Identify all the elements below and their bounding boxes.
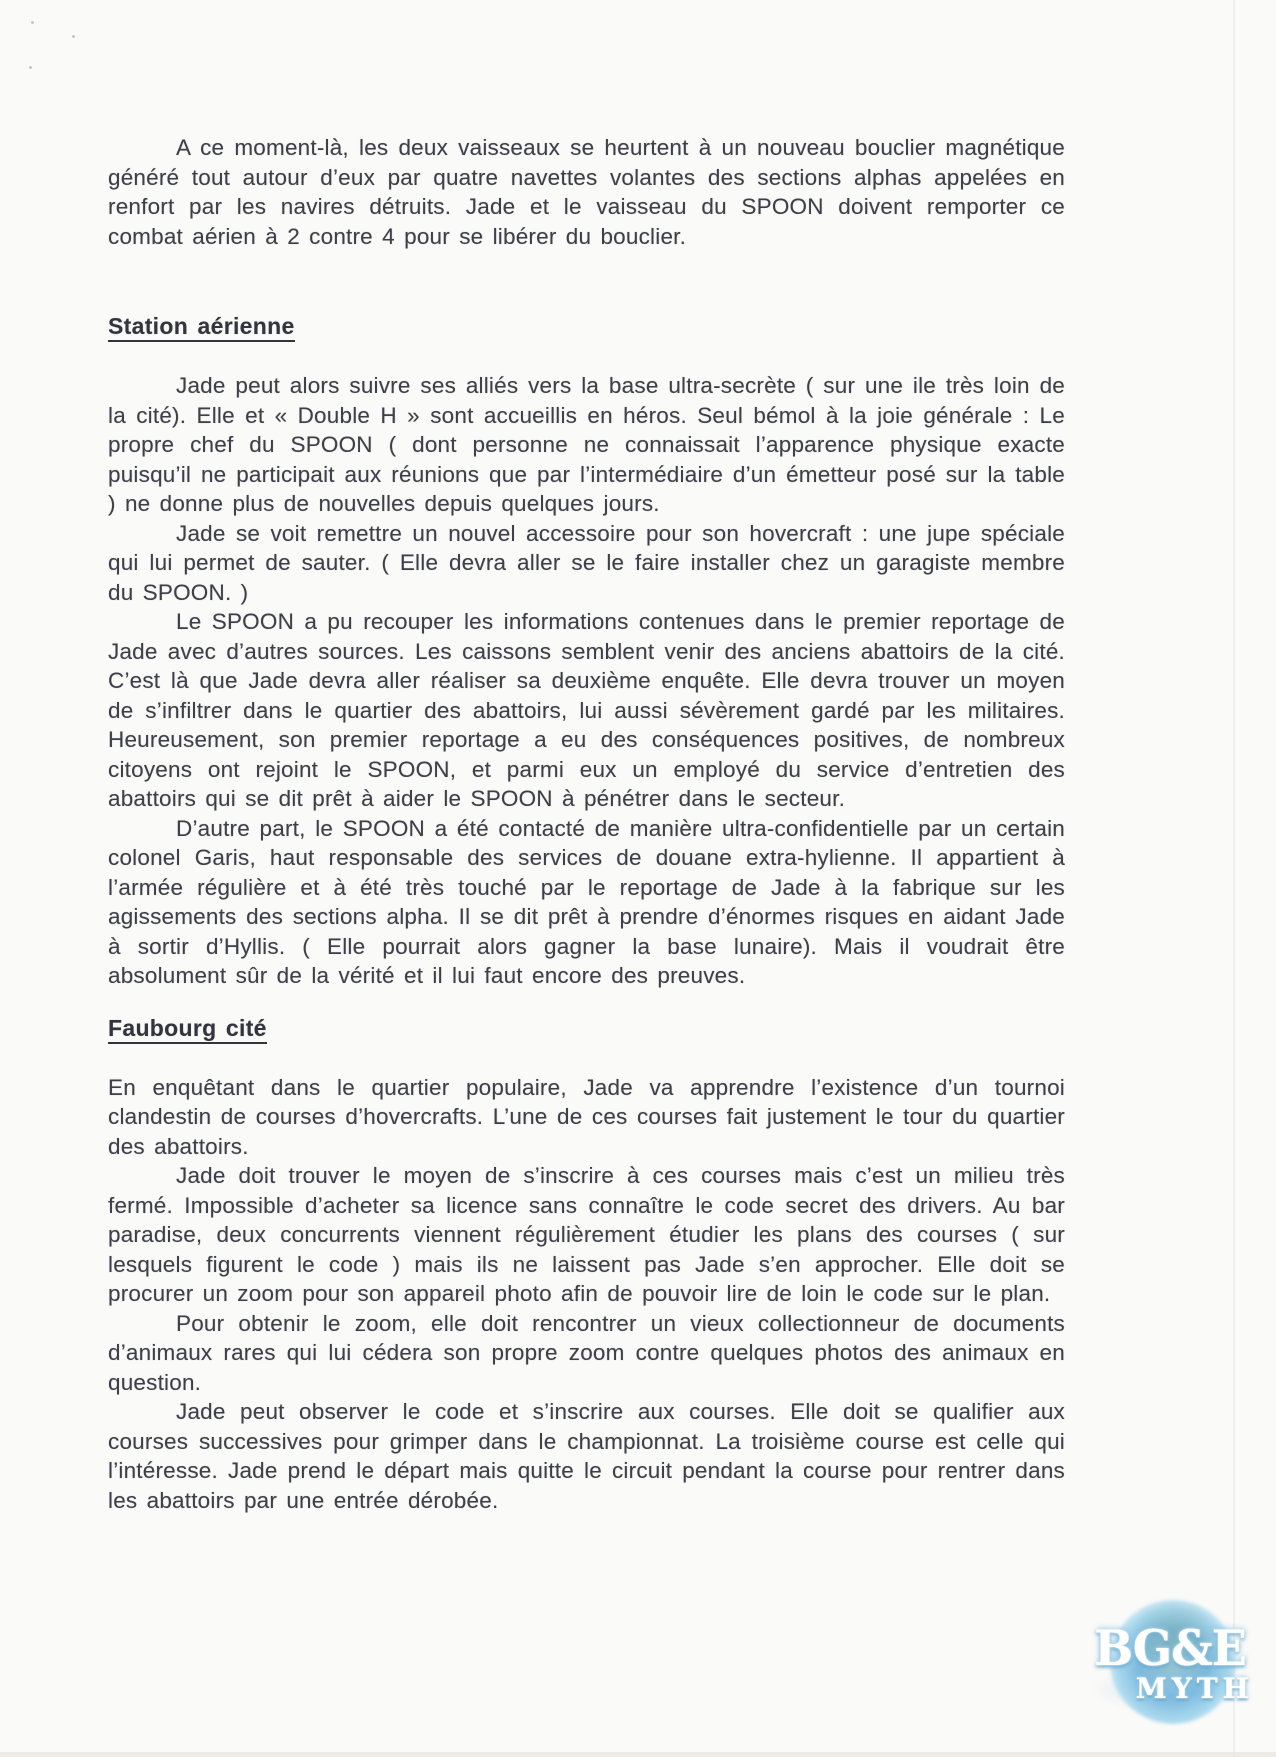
paper-speck	[29, 66, 32, 69]
paragraph: D’autre part, le SPOON a été contacté de…	[108, 814, 1065, 991]
paragraph: Pour obtenir le zoom, elle doit rencontr…	[108, 1309, 1065, 1398]
section-title: Station aérienne	[108, 313, 295, 342]
paragraph: Jade peut alors suivre ses alliés vers l…	[108, 371, 1065, 519]
scan-bottom-edge	[0, 1752, 1276, 1757]
scan-crease-line	[1233, 0, 1235, 1757]
paragraph: Le SPOON a pu recouper les informations …	[108, 607, 1065, 814]
paragraph: Jade se voit remettre un nouvel accessoi…	[108, 519, 1065, 608]
bge-myth-watermark-logo: BG&E MYTH	[1082, 1596, 1258, 1734]
watermark-subtitle-text: MYTH	[1082, 1674, 1254, 1704]
paper-speck	[72, 35, 75, 38]
document-text-column: A ce moment-là, les deux vaisseaux se he…	[108, 133, 1065, 1515]
paper-speck	[31, 21, 34, 24]
paragraph: Jade doit trouver le moyen de s’inscrire…	[108, 1161, 1065, 1309]
section-title: Faubourg cité	[108, 1015, 267, 1044]
scanned-document-page: { "page": { "background_color": "#fafaf8…	[0, 0, 1276, 1757]
section-heading-station-aerienne: Station aérienne	[108, 311, 1065, 341]
section-heading-faubourg-cite: Faubourg cité	[108, 1013, 1065, 1043]
intro-paragraph: A ce moment-là, les deux vaisseaux se he…	[108, 133, 1065, 251]
watermark-title-text: BG&E	[1082, 1623, 1258, 1674]
paragraph: En enquêtant dans le quartier populaire,…	[108, 1073, 1065, 1162]
paragraph: Jade peut observer le code et s’inscrire…	[108, 1397, 1065, 1515]
